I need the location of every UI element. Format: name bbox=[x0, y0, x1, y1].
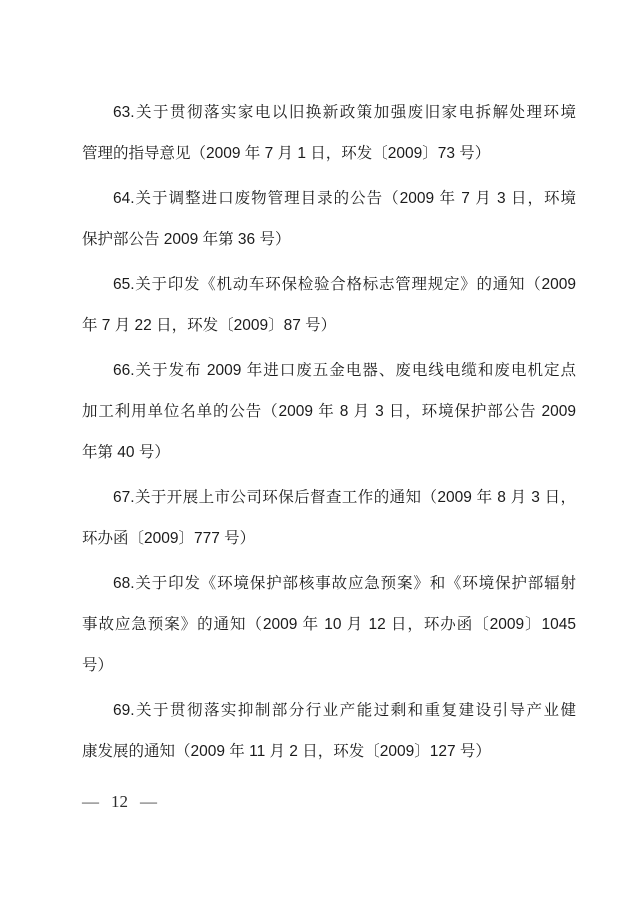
document-line: 64.关于调整进口废物管理目录的公告（2009 年 7 月 3 日，环境 bbox=[82, 178, 576, 219]
document-line: 68.关于印发《环境保护部核事故应急预案》和《环境保护部辐射 bbox=[82, 563, 576, 604]
document-line: 年第 40 号） bbox=[82, 432, 576, 473]
page-number: 12 bbox=[111, 792, 128, 812]
document-line: 69.关于贯彻落实抑制部分行业产能过剩和重复建设引导产业健 bbox=[82, 690, 576, 731]
list-item-68: 68.关于印发《环境保护部核事故应急预案》和《环境保护部辐射事故应急预案》的通知… bbox=[82, 563, 576, 686]
document-line: 63.关于贯彻落实家电以旧换新政策加强废旧家电拆解处理环境 bbox=[82, 92, 576, 133]
footer-left-dash: — bbox=[82, 792, 99, 812]
document-line: 号） bbox=[82, 645, 576, 686]
document-line: 环办函〔2009〕777 号） bbox=[82, 518, 576, 559]
document-line: 事故应急预案》的通知（2009 年 10 月 12 日，环办函〔2009〕104… bbox=[82, 604, 576, 645]
document-line: 66.关于发布 2009 年进口废五金电器、废电线电缆和废电机定点 bbox=[82, 350, 576, 391]
document-line: 65.关于印发《机动车环保检验合格标志管理规定》的通知（2009 bbox=[82, 264, 576, 305]
list-item-65: 65.关于印发《机动车环保检验合格标志管理规定》的通知（2009年 7 月 22… bbox=[82, 264, 576, 346]
footer-right-dash: — bbox=[140, 792, 157, 812]
document-line: 年 7 月 22 日，环发〔2009〕87 号） bbox=[82, 305, 576, 346]
document-line: 康发展的通知（2009 年 11 月 2 日，环发〔2009〕127 号） bbox=[82, 731, 576, 772]
document-body: 63.关于贯彻落实家电以旧换新政策加强废旧家电拆解处理环境管理的指导意见（200… bbox=[82, 0, 576, 772]
document-page: 63.关于贯彻落实家电以旧换新政策加强废旧家电拆解处理环境管理的指导意见（200… bbox=[0, 0, 640, 905]
list-item-69: 69.关于贯彻落实抑制部分行业产能过剩和重复建设引导产业健康发展的通知（2009… bbox=[82, 690, 576, 772]
list-item-67: 67.关于开展上市公司环保后督查工作的通知（2009 年 8 月 3 日，环办函… bbox=[82, 477, 576, 559]
document-line: 管理的指导意见（2009 年 7 月 1 日，环发〔2009〕73 号） bbox=[82, 133, 576, 174]
page-footer: — 12 — bbox=[82, 792, 640, 812]
document-line: 加工利用单位名单的公告（2009 年 8 月 3 日，环境保护部公告 2009 bbox=[82, 391, 576, 432]
list-item-64: 64.关于调整进口废物管理目录的公告（2009 年 7 月 3 日，环境保护部公… bbox=[82, 178, 576, 260]
document-line: 保护部公告 2009 年第 36 号） bbox=[82, 219, 576, 260]
list-item-66: 66.关于发布 2009 年进口废五金电器、废电线电缆和废电机定点加工利用单位名… bbox=[82, 350, 576, 473]
list-item-63: 63.关于贯彻落实家电以旧换新政策加强废旧家电拆解处理环境管理的指导意见（200… bbox=[82, 92, 576, 174]
document-line: 67.关于开展上市公司环保后督查工作的通知（2009 年 8 月 3 日， bbox=[82, 477, 576, 518]
